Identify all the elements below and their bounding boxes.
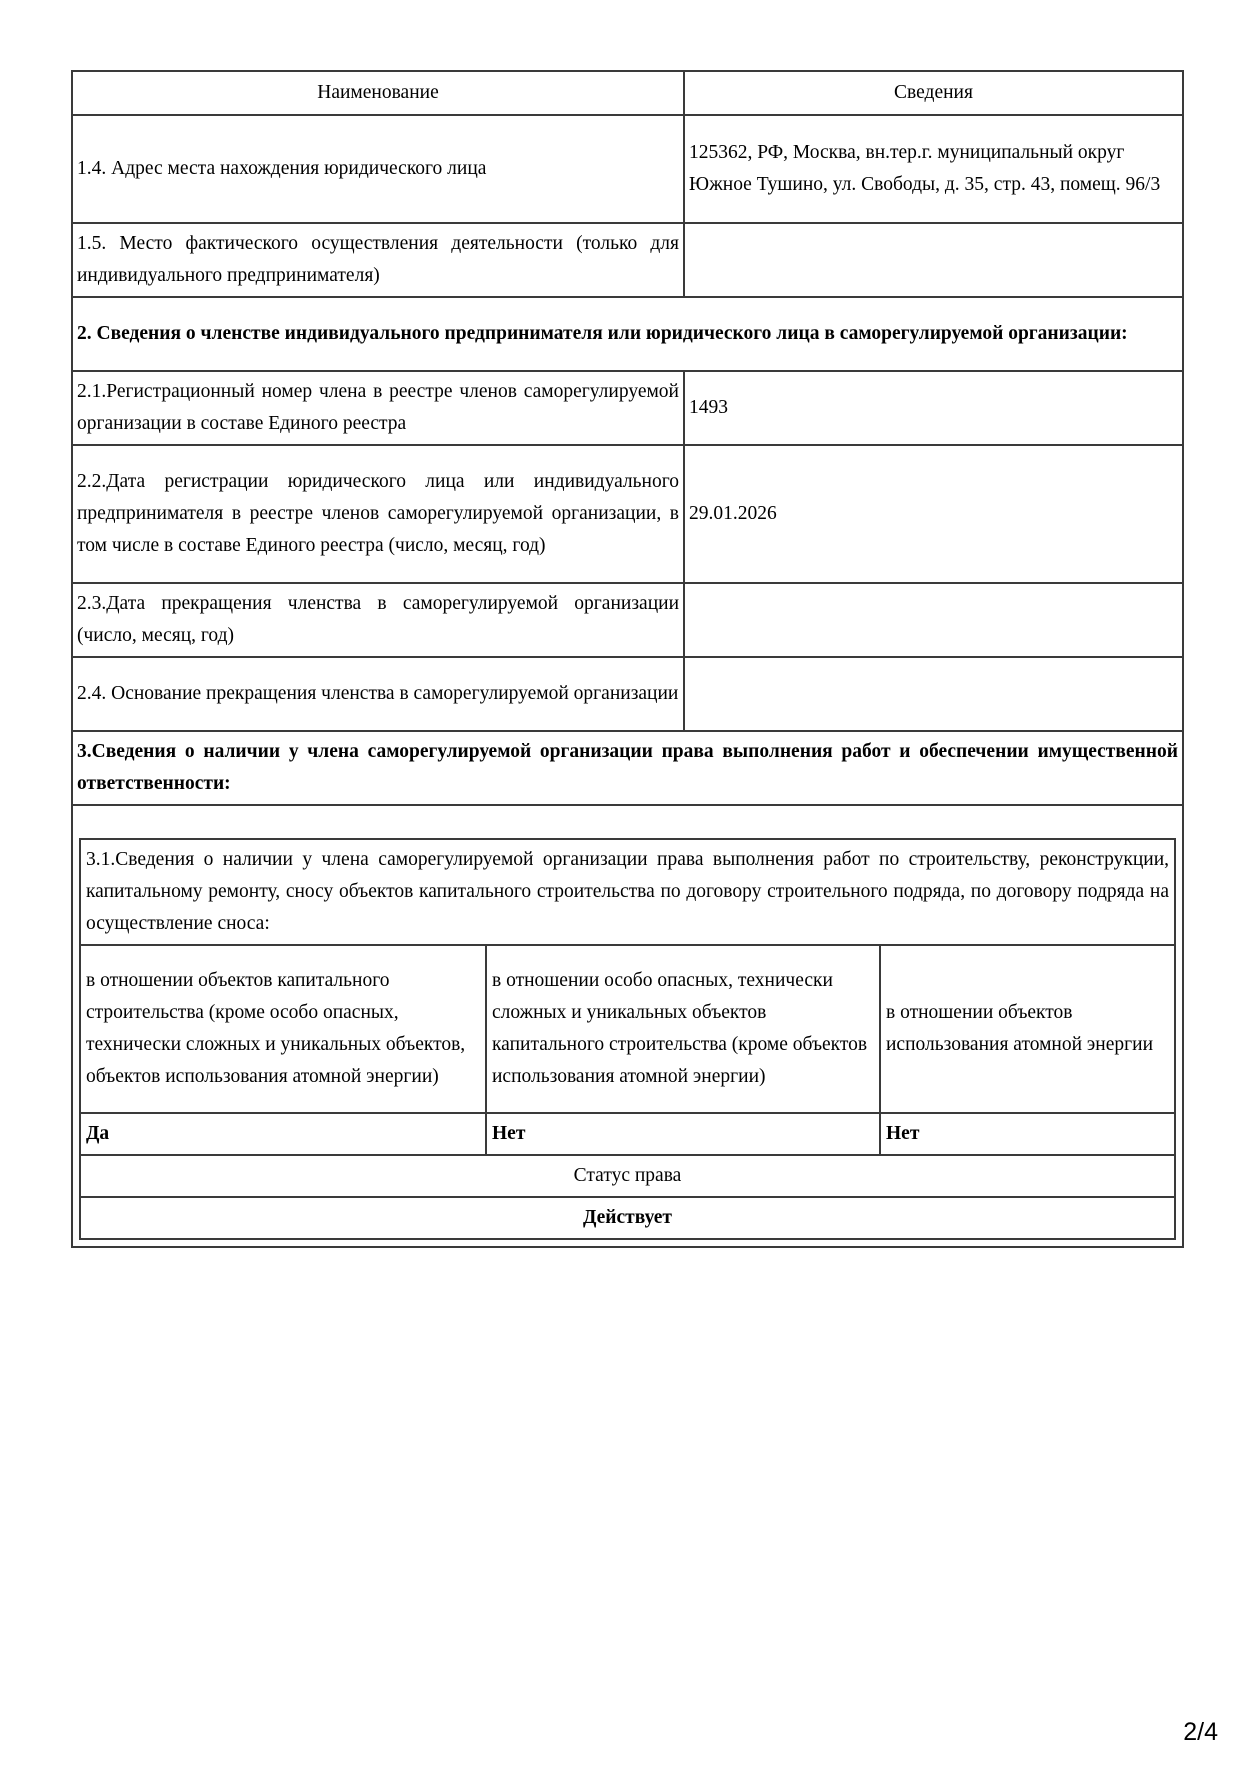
table-row: в отношении объектов капитального строит… bbox=[80, 945, 1175, 1113]
row-label-2-2: 2.2.Дата регистрации юридического лица и… bbox=[72, 445, 684, 583]
row-label-2-4: 2.4. Основание прекращения членства в са… bbox=[72, 657, 684, 731]
row-value-reg-number: 1493 bbox=[684, 371, 1183, 445]
column-hazardous-objects: в отношении особо опасных, технически сл… bbox=[486, 945, 880, 1113]
row-value-address: 125362, РФ, Москва, вн.тер.г. муниципаль… bbox=[684, 115, 1183, 223]
section-row: 2. Сведения о членстве индивидуального п… bbox=[72, 297, 1183, 371]
table-row: 2.4. Основание прекращения членства в са… bbox=[72, 657, 1183, 731]
header-name: Наименование bbox=[72, 71, 684, 115]
section-row: 3.Сведения о наличии у члена саморегулир… bbox=[72, 731, 1183, 805]
value-hazardous-objects: Нет bbox=[486, 1113, 880, 1155]
row-label-1-4: 1.4. Адрес места нахождения юридического… bbox=[72, 115, 684, 223]
membership-info-table: Наименование Сведения 1.4. Адрес места н… bbox=[71, 70, 1184, 1248]
table-row: Действует bbox=[80, 1197, 1175, 1239]
row-value-termination-basis bbox=[684, 657, 1183, 731]
table-row: Да Нет Нет bbox=[80, 1113, 1175, 1155]
table-row: 3.1.Сведения о наличии у члена саморегул… bbox=[80, 839, 1175, 945]
row-value-reg-date: 29.01.2026 bbox=[684, 445, 1183, 583]
section-2-title: 2. Сведения о членстве индивидуального п… bbox=[72, 297, 1183, 371]
table-row: 2.2.Дата регистрации юридического лица и… bbox=[72, 445, 1183, 583]
subsection-3-1-title: 3.1.Сведения о наличии у члена саморегул… bbox=[80, 839, 1175, 945]
table-row: 2.1.Регистрационный номер члена в реестр… bbox=[72, 371, 1183, 445]
table-row: 1.5. Место фактического осуществления де… bbox=[72, 223, 1183, 297]
table-header-row: Наименование Сведения bbox=[72, 71, 1183, 115]
page-number: 2/4 bbox=[1183, 1718, 1218, 1747]
column-nuclear-objects: в отношении объектов использования атомн… bbox=[880, 945, 1175, 1113]
document-page: Наименование Сведения 1.4. Адрес места н… bbox=[0, 0, 1252, 1778]
section-3-title: 3.Сведения о наличии у члена саморегулир… bbox=[72, 731, 1183, 805]
status-label: Статус права bbox=[80, 1155, 1175, 1197]
value-nuclear-objects: Нет bbox=[880, 1113, 1175, 1155]
row-label-2-1: 2.1.Регистрационный номер члена в реестр… bbox=[72, 371, 684, 445]
work-rights-table: 3.1.Сведения о наличии у члена саморегул… bbox=[79, 838, 1176, 1240]
value-capital-objects: Да bbox=[80, 1113, 486, 1155]
column-capital-objects: в отношении объектов капитального строит… bbox=[80, 945, 486, 1113]
row-label-1-5: 1.5. Место фактического осуществления де… bbox=[72, 223, 684, 297]
table-row: 2.3.Дата прекращения членства в саморегу… bbox=[72, 583, 1183, 657]
table-row: Статус права bbox=[80, 1155, 1175, 1197]
nested-table-row: 3.1.Сведения о наличии у члена саморегул… bbox=[72, 805, 1183, 1247]
header-info: Сведения bbox=[684, 71, 1183, 115]
table-row: 1.4. Адрес места нахождения юридического… bbox=[72, 115, 1183, 223]
row-value-activity-place bbox=[684, 223, 1183, 297]
row-label-2-3: 2.3.Дата прекращения членства в саморегу… bbox=[72, 583, 684, 657]
row-value-termination-date bbox=[684, 583, 1183, 657]
nested-table-container: 3.1.Сведения о наличии у члена саморегул… bbox=[72, 805, 1183, 1247]
status-value: Действует bbox=[80, 1197, 1175, 1239]
